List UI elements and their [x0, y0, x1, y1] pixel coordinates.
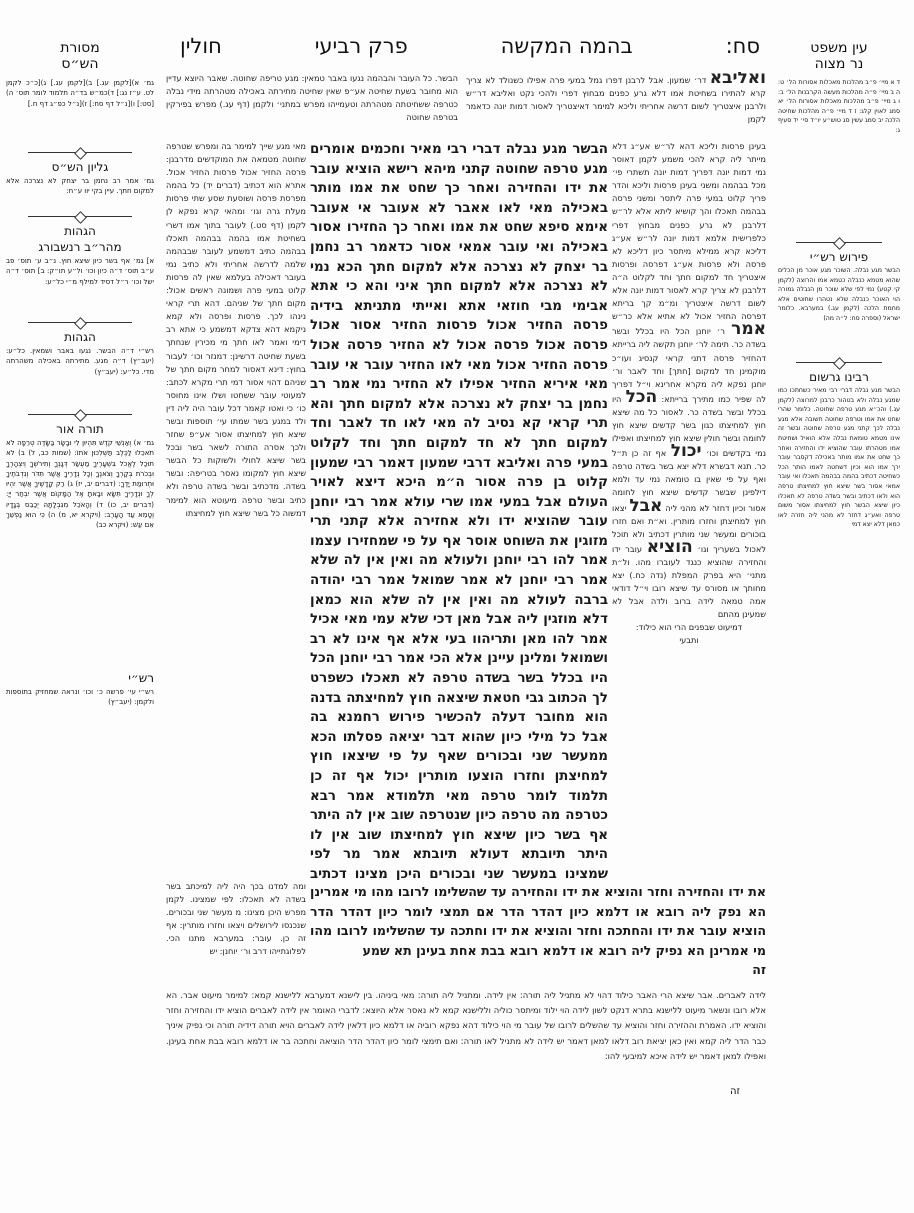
rashi-top-block: הבשר. כל העובר והבהמה נגעו באבר טמאין: מ…	[166, 72, 458, 140]
ornament-divider	[6, 212, 154, 221]
gemara-page-marker: זה	[310, 960, 766, 980]
right-margin-column: עין משפט נר מצוה ד א מיי׳ פ״ב מהלכות מאכ…	[778, 40, 900, 900]
masoret-hashas-title: מסורת הש״ס	[6, 40, 154, 72]
hagahot-text: א] גמ׳ אף בשר כיון שיצא חוץ. נ״ב ע׳ תוס׳…	[6, 256, 154, 318]
ornament-divider	[778, 238, 900, 247]
tosafot-amar-lead: אמר	[731, 319, 766, 339]
tosafot-yachol-lead: יכול	[671, 441, 702, 461]
chapter-name: בהמה המקשה	[501, 34, 633, 58]
hagahot-title-2: הגהות	[6, 330, 154, 344]
ornament-divider	[778, 358, 900, 367]
ein-mishpat-title: עין משפט נר מצוה	[778, 40, 900, 72]
gilyon-hashas-text: גמ׳ אמר רב נחמן בר יצחק לא נצרכה אלא למק…	[6, 176, 154, 212]
page-number: זה	[730, 1086, 740, 1097]
tractate-name: חולין	[180, 34, 222, 58]
tosafot-column: בעינן פרסות וליכא דהא לר״ש אע״ג דלא מיית…	[612, 140, 766, 880]
gemara-main-text: הבשר מגע נבלה דברי רבי מאיר וחכמים אומרי…	[310, 140, 608, 880]
torah-or-text: גמ׳ א) וְאַנְשֵׁי קֹדֶשׁ תִּהְיוּן לִי ו…	[6, 438, 154, 668]
gemara-wide-text: את ידו והחזירה וחזר והוציא את ידו והחזיר…	[310, 882, 766, 986]
left-margin-column: מסורת הש״ס גמ׳ א)[לקמן עג.] ב)[לקמן עג.]…	[6, 40, 154, 740]
hagahot-subtitle: מהר״ב רנשבורג	[6, 240, 154, 254]
tosafot-aval-lead: אבל	[629, 496, 662, 516]
torah-or-title: תורה אור	[6, 422, 154, 436]
tosafot-hakol-lead: הכל	[626, 387, 658, 407]
chapter-number: פרק רביעי	[315, 34, 408, 58]
rashi-note-title: רש״י	[6, 671, 154, 685]
hagahot-text-2: רש״י ד״ה הבשר. נגעו באבר ושמאין. כל״ע: (…	[6, 346, 154, 410]
folio-number: סח:	[726, 34, 760, 58]
ornament-divider	[6, 318, 154, 327]
rashi-note-text: רש״י עי׳ פרשה כ׳ וכו׳ ונראה שמחזיק בתוספ…	[6, 687, 154, 727]
rabbenu-gershom-text: הבשר מגע נבלה דברי רבי מאיר כשחתכו כמו ש…	[778, 386, 900, 900]
masoret-hashas-text: גמ׳ א)[לקמן עג.] ב)[לקמן עג.] ג)[כ״כ לקמ…	[6, 78, 154, 148]
rabbenu-gershom-title: רבינו גרשום	[778, 370, 900, 384]
rashi-bottom-block: לידה לאברים. אבר שיצא הרי האבר כילוד דהו…	[166, 988, 766, 1080]
tosafot-lead-word: ואליבא	[710, 72, 766, 88]
gilyon-hashas-title: גליון הש״ס	[6, 160, 154, 174]
ornament-divider	[6, 148, 154, 157]
tosafot-hotzia-lead: הוציא	[647, 537, 693, 557]
ein-mishpat-text: ד א מיי׳ פ״ב מהלכות מאכלות אסורות הל׳ ט:…	[778, 78, 900, 238]
page-header: סח: בהמה המקשה פרק רביעי חולין	[180, 34, 760, 58]
perush-rashi-title: פירוש רש״י	[778, 250, 900, 264]
perush-rashi-text: הבשר מגע נבלה. השוכר מגע אוכר מן הכלים ש…	[778, 266, 900, 358]
rashi-column-continuation: ומה למדנו בכך היה ליה למיכתב בשר בשדה לא…	[166, 880, 306, 988]
tosafot-top-block: ואליבא דר׳ שמעון. אבל לרבנן דפרו גמל במע…	[466, 72, 766, 140]
hagahot-title: הגהות	[6, 224, 154, 238]
ornament-divider	[6, 410, 154, 419]
rashi-column: מאי מגע שייך למימר בה ומפרש שטרפה שחוטה …	[166, 140, 306, 880]
